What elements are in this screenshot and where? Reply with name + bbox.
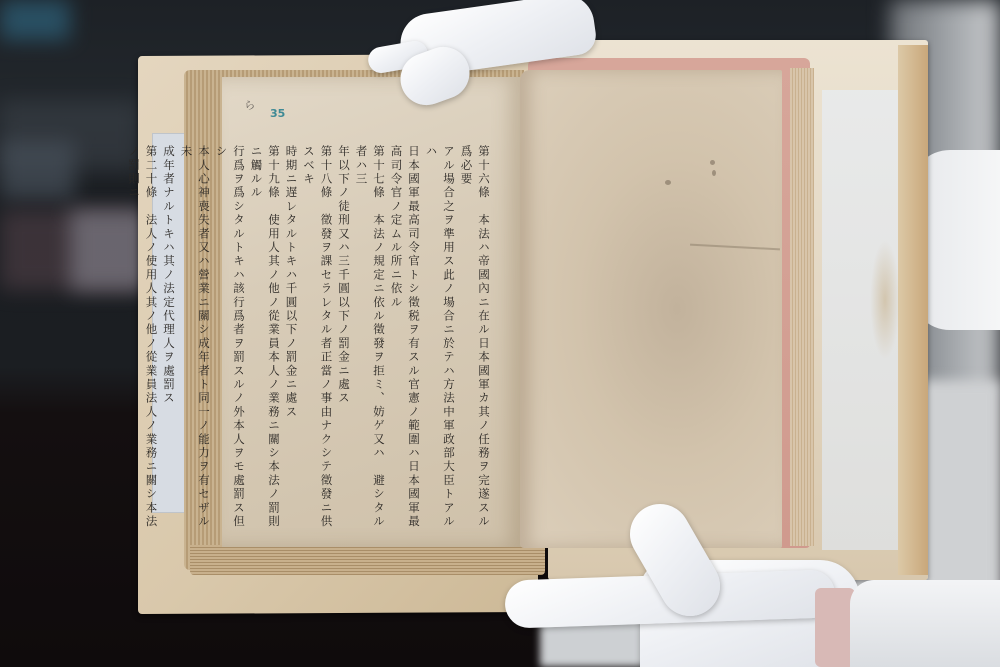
left-page: ら 35 第十六條 本法ハ帝國內ニ在ル日本國軍カ其ノ任務ヲ完遂スル爲必要 アル場… bbox=[222, 77, 522, 547]
text-column: 本人心神喪失者又ハ營業ニ關シ成年者ト同一ノ能力ヲ有セザル未 bbox=[177, 145, 212, 535]
page-stack-bottom bbox=[190, 545, 545, 575]
text-column: 第十七條 本法ノ規定ニ依ル徵發ヲ拒ミ、妨ゲ又ハ 避シタル者ハ三 bbox=[352, 145, 387, 535]
handwritten-mark: ら bbox=[242, 96, 256, 114]
page-stack-right bbox=[790, 68, 814, 546]
ink-spot bbox=[665, 180, 671, 185]
cover-stain bbox=[870, 240, 900, 360]
page-crease bbox=[690, 244, 780, 251]
text-column: 第十九條 使用人其ノ他ノ從業員本人ノ業務ニ關シ本法ノ罰則ニ觸ルル bbox=[247, 145, 282, 535]
blurred-background-monitor bbox=[0, 140, 75, 200]
text-column: アル場合之ヲ準用ス此ノ場合ニ於テハ方法中軍政部大臣トアルハ bbox=[422, 145, 457, 535]
ink-spot bbox=[712, 170, 716, 176]
text-column: 年以下ノ徒刑又ハ三千圓以下ノ罰金ニ處ス bbox=[335, 145, 353, 535]
wrist-cuff bbox=[815, 588, 855, 667]
text-column: 時期ニ遅レタルトキハ千圓以下ノ罰金ニ處ス bbox=[282, 145, 300, 535]
text-column: 第二十條 法人ノ使用人其ノ他ノ從業員法人ノ業務ニ關シ本法ノ罰則ニ bbox=[125, 145, 160, 535]
text-column: 第十六條 本法ハ帝國內ニ在ル日本國軍カ其ノ任務ヲ完遂スル爲必要 bbox=[457, 145, 492, 535]
text-column: 成年者ナルトキハ其ノ法定代理人ヲ處罰ス bbox=[160, 145, 178, 535]
ink-spot bbox=[710, 160, 715, 165]
vertical-text-block: 第十六條 本法ハ帝國內ニ在ル日本國軍カ其ノ任務ヲ完遂スル爲必要 アル場合之ヲ準用… bbox=[260, 145, 492, 535]
text-column: 第十八條 徵發ヲ課セラレタル者正當ノ事由ナクシテ徵發ニ供スベキ bbox=[300, 145, 335, 535]
book-cover-right-edge bbox=[898, 45, 928, 575]
right-page-blank bbox=[520, 70, 782, 548]
blurred-background-teal bbox=[0, 0, 70, 40]
text-column: 高司令官ノ定ムル所ニ依ル bbox=[387, 145, 405, 535]
page-stamp: 35 bbox=[270, 107, 285, 120]
text-column: 日本國軍最高司令官トシ徵税ヲ有スル官憲ノ範圍ハ日本國軍最 bbox=[405, 145, 423, 535]
text-column: 行爲ヲ爲シタルトキハ該行爲者ヲ罰スルノ外本人ヲモ處罰ス但シ bbox=[212, 145, 247, 535]
sleeve bbox=[850, 580, 1000, 667]
